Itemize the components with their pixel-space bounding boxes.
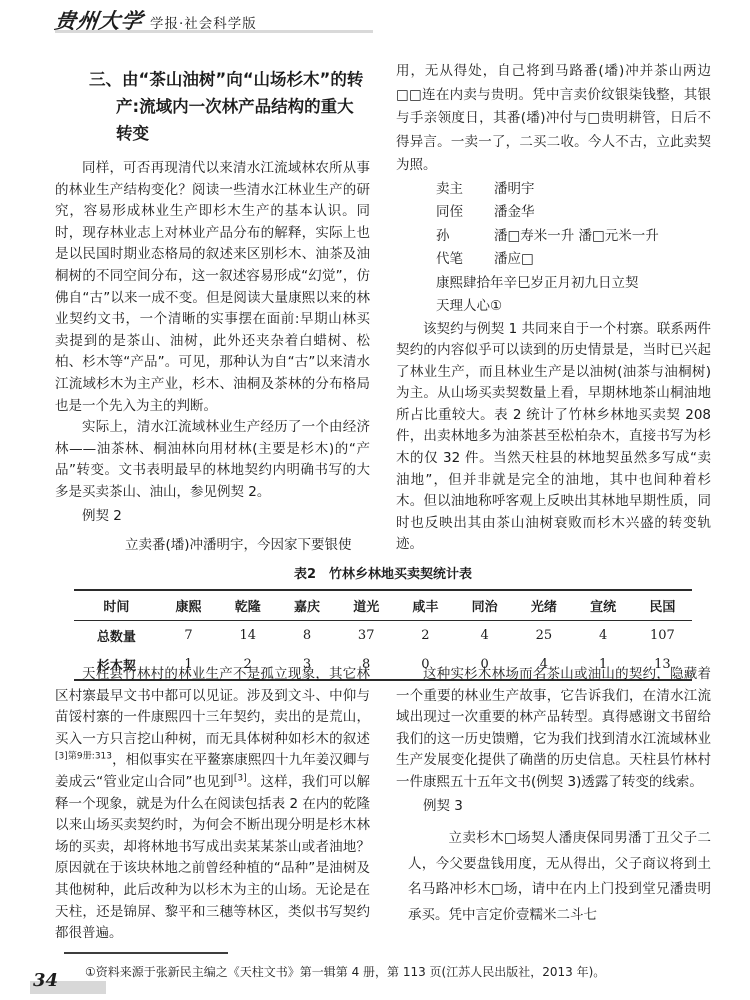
contract-quote-continuation: 用，无从得处，自己将到马路番(墦)冲并茶山两边□□连在内卖与贵明。凭中言卖价纹银…: [396, 60, 711, 178]
right-column-top: 用，无从得处，自己将到马路番(墦)冲并茶山两边□□连在内卖与贵明。凭中言卖价纹银…: [396, 60, 711, 563]
signature-role: 孙: [436, 225, 494, 249]
table-header-row: 时间 康熙 乾隆 嘉庆 道光 咸丰 同治 光绪 宣统 民国: [74, 590, 692, 621]
contract-quote: 立卖杉木□场契人潘庚保同男潘丁丑父子二人，今父要盘钱用度，无从得出，父子商议将到…: [408, 826, 711, 928]
table-cell: 7: [159, 621, 218, 651]
table-header-cell: 民国: [633, 590, 692, 621]
table-cell: 4: [455, 621, 514, 651]
paragraph: 实际上，清水江流域林业生产经历了一个由经济林——油茶林、桐油林向用材林(主要是杉…: [55, 417, 370, 503]
header-rule: [55, 30, 373, 33]
signature-line: 卖主潘明宇: [436, 178, 711, 202]
contract-motto-line: 天理人心①: [436, 295, 711, 319]
signature-role: 卖主: [436, 178, 494, 202]
signature-name: 潘明宇: [494, 181, 535, 197]
table-cell: 107: [633, 621, 692, 651]
table-cell: 37: [337, 621, 396, 651]
table-header-cell: 时间: [74, 590, 159, 621]
signature-role: 同侄: [436, 201, 494, 225]
footnote-text: ①资料来源于张新民主编之《天柱文书》第一辑第 4 册，第 113 页(江苏人民出…: [85, 963, 700, 980]
contract-date-line: 康熙肆拾年辛巳岁正月初九日立契: [436, 272, 711, 296]
signature-line: 孙潘□寿米一升 潘□元米一升: [436, 225, 711, 249]
footnote-divider: [64, 952, 228, 954]
table-header-cell: 光绪: [514, 590, 573, 621]
section-heading-line: 三、由“茶山油树”向“山场杉木”的转: [89, 66, 370, 93]
table-cell: 25: [514, 621, 573, 651]
table-header-cell: 嘉庆: [277, 590, 336, 621]
table-cell: 8: [277, 621, 336, 651]
table-header-cell: 同治: [455, 590, 514, 621]
table-row: 总数量 7 14 8 37 2 4 25 4 107: [74, 621, 692, 651]
section-heading-line: 产:流域内一次林产品结构的重大: [116, 93, 370, 120]
paragraph: 这种实杉木林场而名茶山或油山的契约，隐藏着一个重要的林业生产故事，它告诉我们，在…: [396, 664, 711, 794]
page-number: 34: [33, 970, 58, 991]
content-top: 三、由“茶山油树”向“山场杉木”的转 产:流域内一次林产品结构的重大 转变 同样…: [55, 60, 711, 563]
table-header-cell: 咸丰: [396, 590, 455, 621]
citation-superscript: [3]: [234, 773, 247, 783]
signature-name: 潘金华: [494, 204, 535, 220]
table-caption: 表2 竹林乡林地买卖契统计表: [55, 563, 711, 582]
left-column-bottom: 天柱县竹林村的林业生产不是孤立现象，其它林区村寨最早文书中都可以见证。涉及到文斗…: [55, 664, 370, 952]
table-header-cell: 道光: [337, 590, 396, 621]
paragraph-text: 。这样，我们可以解释一个现象，就是为什么在阅读包括表 2 在内的乾隆以来山场买卖…: [55, 774, 370, 941]
table-cell: 2: [396, 621, 455, 651]
signature-name: 潘应□: [494, 251, 534, 267]
right-column-bottom: 这种实杉木林场而名茶山或油山的契约，隐藏着一个重要的林业生产故事，它告诉我们，在…: [396, 664, 711, 952]
journal-page: 贵州大学学报·社会科学版 三、由“茶山油树”向“山场杉木”的转 产:流域内一次林…: [0, 0, 750, 1000]
section-heading-line: 转变: [116, 120, 370, 147]
table-row-label: 总数量: [74, 621, 159, 651]
content-bottom: 天柱县竹林村的林业生产不是孤立现象，其它林区村寨最早文书中都可以见证。涉及到文斗…: [55, 664, 711, 952]
paragraph-text: 天柱县竹林村的林业生产不是孤立现象，其它林区村寨最早文书中都可以见证。涉及到文斗…: [55, 666, 370, 747]
paragraph: 该契约与例契 1 共同来自于一个村寨。联系两件契约的内容似乎可以读到的历史情景是…: [396, 319, 711, 557]
table-cell: 4: [574, 621, 633, 651]
signature-line: 同侄潘金华: [436, 201, 711, 225]
table-header-cell: 乾隆: [218, 590, 277, 621]
contract-label: 例契 2: [55, 506, 370, 528]
paragraph: 天柱县竹林村的林业生产不是孤立现象，其它林区村寨最早文书中都可以见证。涉及到文斗…: [55, 664, 370, 945]
table-cell: 14: [218, 621, 277, 651]
table-header-cell: 康熙: [159, 590, 218, 621]
table-header-cell: 宣统: [574, 590, 633, 621]
paragraph: 同样，可否再现清代以来清水江流域林农所从事的林业生产结构变化？阅读一些清水江林业…: [55, 158, 370, 417]
signature-name: 潘□寿米一升 潘□元米一升: [494, 228, 659, 244]
left-column-top: 三、由“茶山油树”向“山场杉木”的转 产:流域内一次林产品结构的重大 转变 同样…: [55, 60, 370, 563]
section-heading: 三、由“茶山油树”向“山场杉木”的转 产:流域内一次林产品结构的重大 转变: [55, 66, 370, 147]
citation-superscript: [3]第9册:313: [55, 752, 112, 762]
contract-quote-start: 立卖番(墦)冲潘明宇，今因家下要银使: [55, 534, 370, 558]
signature-role: 代笔: [436, 248, 494, 272]
contract-label: 例契 3: [396, 796, 711, 818]
contract-signatures: 卖主潘明宇 同侄潘金华 孙潘□寿米一升 潘□元米一升 代笔潘应□ 康熙肆拾年辛巳…: [436, 178, 711, 319]
signature-line: 代笔潘应□: [436, 248, 711, 272]
